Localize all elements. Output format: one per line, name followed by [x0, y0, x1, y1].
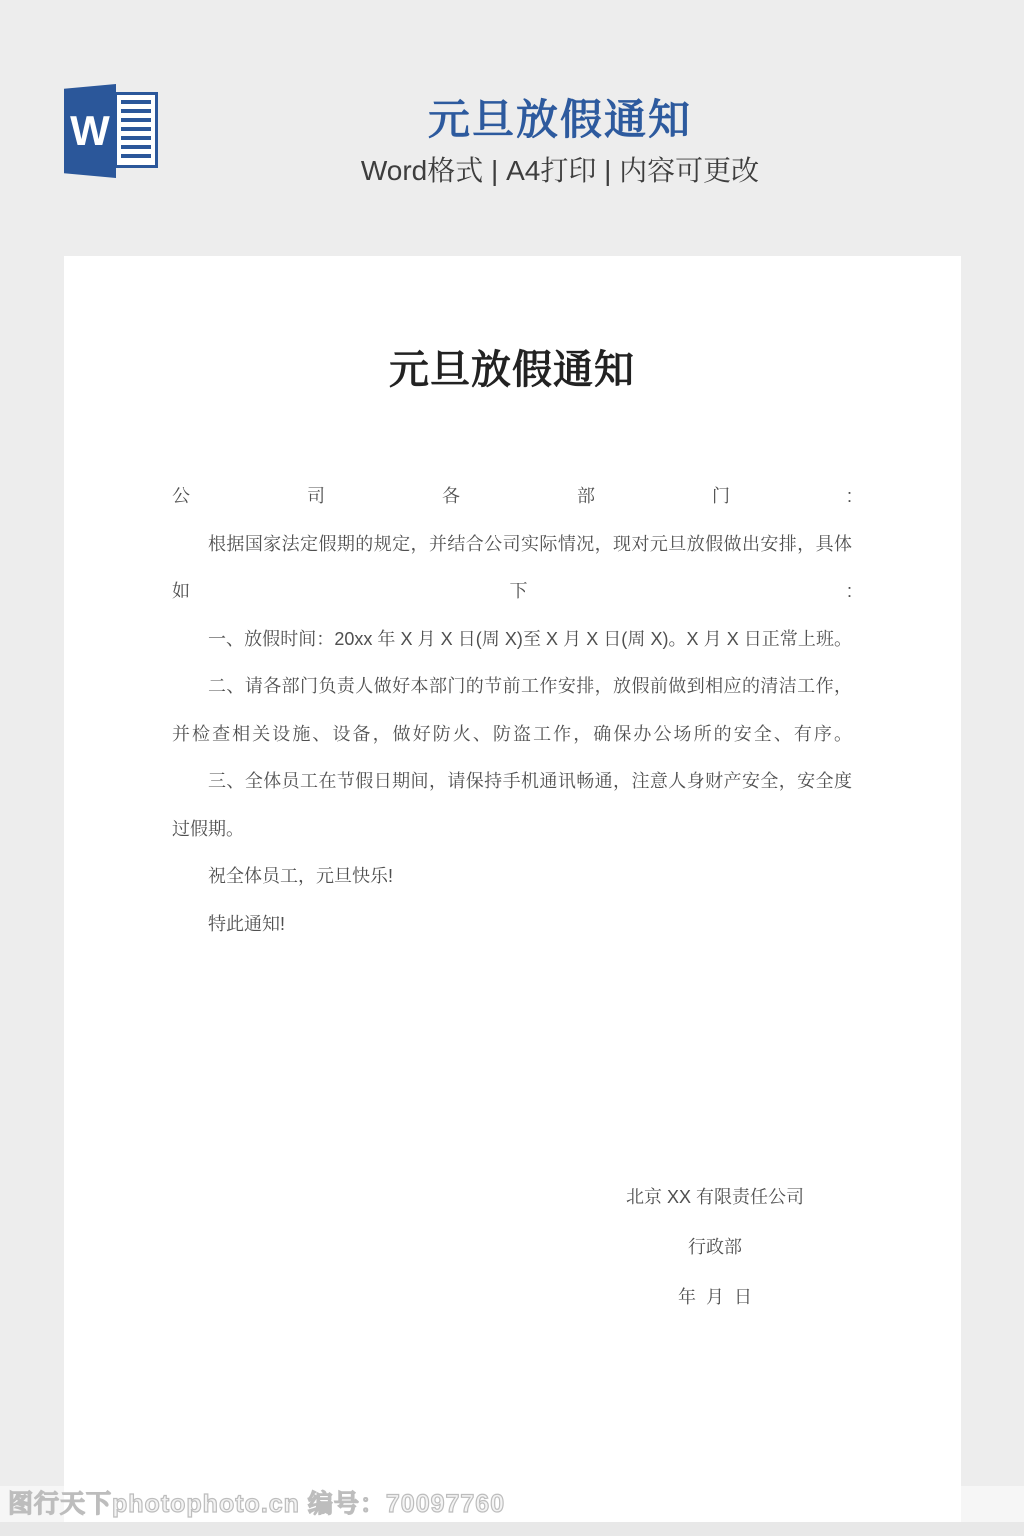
watermark-text: 图行天下photophoto.cn 编号：70097760: [0, 1486, 1024, 1522]
signature-department: 行政部: [590, 1222, 840, 1272]
paragraph-item-3: 三、全体员工在节假日期间，请保持手机通讯畅通，注意人身财产安全，安全度过假期。: [172, 758, 852, 853]
paragraph-intro: 根据国家法定假期的规定，并结合公司实际情况，现对元旦放假做出安排，具体如下:: [172, 521, 852, 616]
signature-date: 年 月 日: [590, 1272, 840, 1322]
paragraph-salutation: 公司各部门:: [172, 473, 852, 521]
footer-strip: [0, 1522, 1024, 1536]
paragraph-wish: 祝全体员工，元旦快乐!: [172, 853, 852, 901]
template-subtitle: Word格式 | A4打印 | 内容可更改: [96, 151, 1024, 191]
paragraph-notice: 特此通知!: [172, 901, 852, 949]
document-page: 元旦放假通知 公司各部门: 根据国家法定假期的规定，并结合公司实际情况，现对元旦…: [64, 256, 961, 1522]
paragraph-item-2: 二、请各部门负责人做好本部门的节前工作安排，放假前做到相应的清洁工作，并检查相关…: [172, 663, 852, 758]
document-title: 元旦放假通知: [172, 342, 852, 398]
paragraph-item-1: 一、放假时间：20xx 年 X 月 X 日(周 X)至 X 月 X 日(周 X)…: [172, 616, 852, 664]
signature-company: 北京 XX 有限责任公司: [590, 1172, 840, 1222]
watermark-band: 图行天下photophoto.cn 编号：70097760: [0, 1486, 1024, 1522]
template-title: 元旦放假通知: [96, 94, 1024, 146]
document-body: 公司各部门: 根据国家法定假期的规定，并结合公司实际情况，现对元旦放假做出安排，…: [172, 473, 852, 948]
signature-block: 北京 XX 有限责任公司 行政部 年 月 日: [590, 1172, 840, 1322]
